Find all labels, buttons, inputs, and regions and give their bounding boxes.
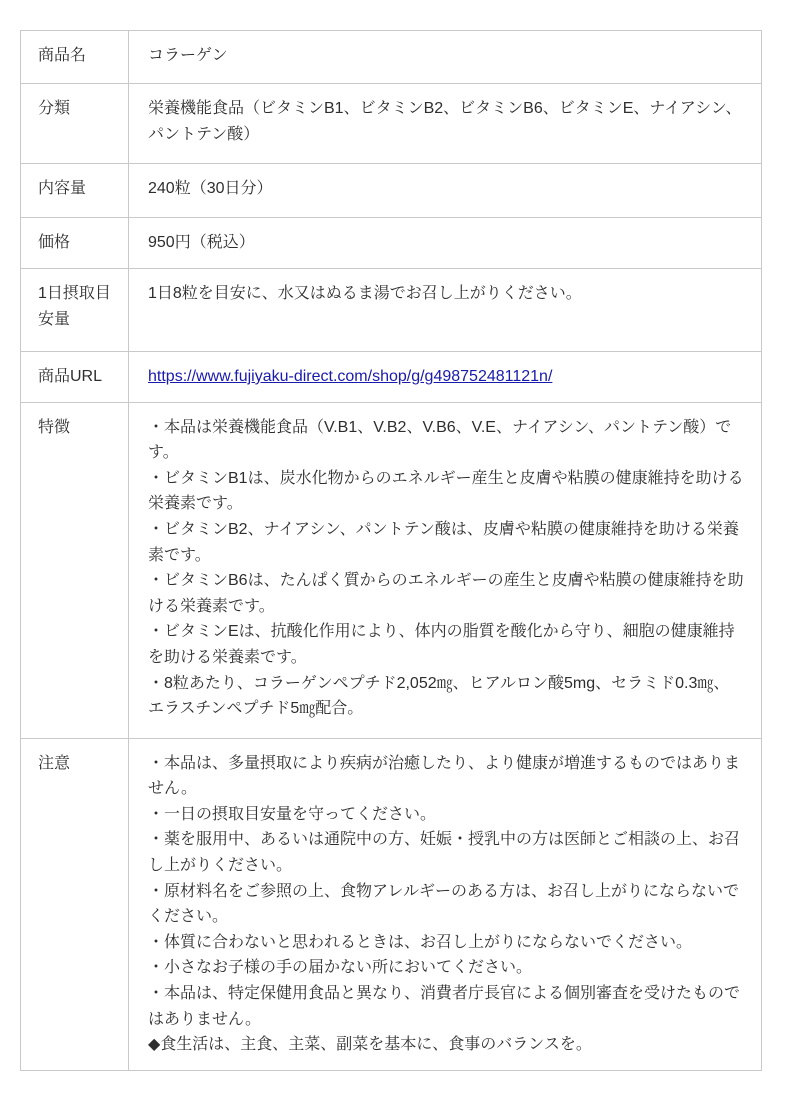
row-value-features: ・本品は栄養機能食品（V.B1、V.B2、V.B6、V.E、ナイアシン、パントテ… bbox=[129, 402, 762, 738]
feature-item: ・本品は栄養機能食品（V.B1、V.B2、V.B6、V.E、ナイアシン、パントテ… bbox=[148, 415, 745, 466]
product-url-link[interactable]: https://www.fujiyaku-direct.com/shop/g/g… bbox=[148, 368, 552, 385]
table-row-product-url: 商品URL https://www.fujiyaku-direct.com/sh… bbox=[21, 352, 762, 403]
table-row-price: 価格 950円（税込） bbox=[21, 218, 762, 269]
row-label-features: 特徴 bbox=[21, 402, 129, 738]
row-value-contents: 240粒（30日分） bbox=[129, 164, 762, 218]
table-row-cautions: 注意 ・本品は、多量摂取により疾病が治癒したり、より健康が増進するものではありま… bbox=[21, 738, 762, 1070]
caution-item: ・薬を服用中、あるいは通院中の方、妊娠・授乳中の方は医師とご相談の上、お召し上が… bbox=[148, 827, 745, 878]
caution-item: ・体質に合わないと思われるときは、お召し上がりにならないでください。 bbox=[148, 930, 745, 956]
caution-item: ・小さなお子様の手の届かない所においてください。 bbox=[148, 955, 745, 981]
caution-item: ・一日の摂取目安量を守ってください。 bbox=[148, 802, 745, 828]
row-value-daily-intake: 1日8粒を目安に、水又はぬるま湯でお召し上がりください。 bbox=[129, 269, 762, 352]
caution-item: ・原材料名をご参照の上、食物アレルギーのある方は、お召し上がりにならないでくださ… bbox=[148, 879, 745, 930]
row-label-cautions: 注意 bbox=[21, 738, 129, 1070]
row-label-price: 価格 bbox=[21, 218, 129, 269]
row-label-product-url: 商品URL bbox=[21, 352, 129, 403]
row-value-price: 950円（税込） bbox=[129, 218, 762, 269]
caution-item: ・本品は、多量摂取により疾病が治癒したり、より健康が増進するものではありません。 bbox=[148, 751, 745, 802]
row-label-contents: 内容量 bbox=[21, 164, 129, 218]
row-label-product-name: 商品名 bbox=[21, 31, 129, 84]
table-row-features: 特徴 ・本品は栄養機能食品（V.B1、V.B2、V.B6、V.E、ナイアシン、パ… bbox=[21, 402, 762, 738]
feature-item: ・ビタミンB6は、たんぱく質からのエネルギーの産生と皮膚や粘膜の健康維持を助ける… bbox=[148, 568, 745, 619]
table-row-classification: 分類 栄養機能食品（ビタミンB1、ビタミンB2、ビタミンB6、ビタミンE、ナイア… bbox=[21, 84, 762, 164]
table-row-product-name: 商品名 コラーゲン bbox=[21, 31, 762, 84]
product-spec-page: 商品名 コラーゲン 分類 栄養機能食品（ビタミンB1、ビタミンB2、ビタミンB6… bbox=[0, 0, 800, 1093]
feature-item: ・ビタミンB2、ナイアシン、パントテン酸は、皮膚や粘膜の健康維持を助ける栄養素で… bbox=[148, 517, 745, 568]
row-label-classification: 分類 bbox=[21, 84, 129, 164]
caution-item: ◆食生活は、主食、主菜、副菜を基本に、食事のバランスを。 bbox=[148, 1032, 745, 1058]
feature-item: ・ビタミンB1は、炭水化物からのエネルギー産生と皮膚や粘膜の健康維持を助ける栄養… bbox=[148, 466, 745, 517]
feature-item: ・8粒あたり、コラーゲンペプチド2,052㎎、ヒアルロン酸5mg、セラミド0.3… bbox=[148, 671, 745, 722]
row-label-daily-intake: 1日摂取目安量 bbox=[21, 269, 129, 352]
feature-item: ・ビタミンEは、抗酸化作用により、体内の脂質を酸化から守り、細胞の健康維持を助け… bbox=[148, 619, 745, 670]
table-row-contents: 内容量 240粒（30日分） bbox=[21, 164, 762, 218]
row-value-product-name: コラーゲン bbox=[129, 31, 762, 84]
row-value-cautions: ・本品は、多量摂取により疾病が治癒したり、より健康が増進するものではありません。… bbox=[129, 738, 762, 1070]
product-spec-table: 商品名 コラーゲン 分類 栄養機能食品（ビタミンB1、ビタミンB2、ビタミンB6… bbox=[20, 30, 762, 1071]
table-row-daily-intake: 1日摂取目安量 1日8粒を目安に、水又はぬるま湯でお召し上がりください。 bbox=[21, 269, 762, 352]
row-value-classification: 栄養機能食品（ビタミンB1、ビタミンB2、ビタミンB6、ビタミンE、ナイアシン、… bbox=[129, 84, 762, 164]
row-value-product-url: https://www.fujiyaku-direct.com/shop/g/g… bbox=[129, 352, 762, 403]
caution-item: ・本品は、特定保健用食品と異なり、消費者庁長官による個別審査を受けたものではあり… bbox=[148, 981, 745, 1032]
